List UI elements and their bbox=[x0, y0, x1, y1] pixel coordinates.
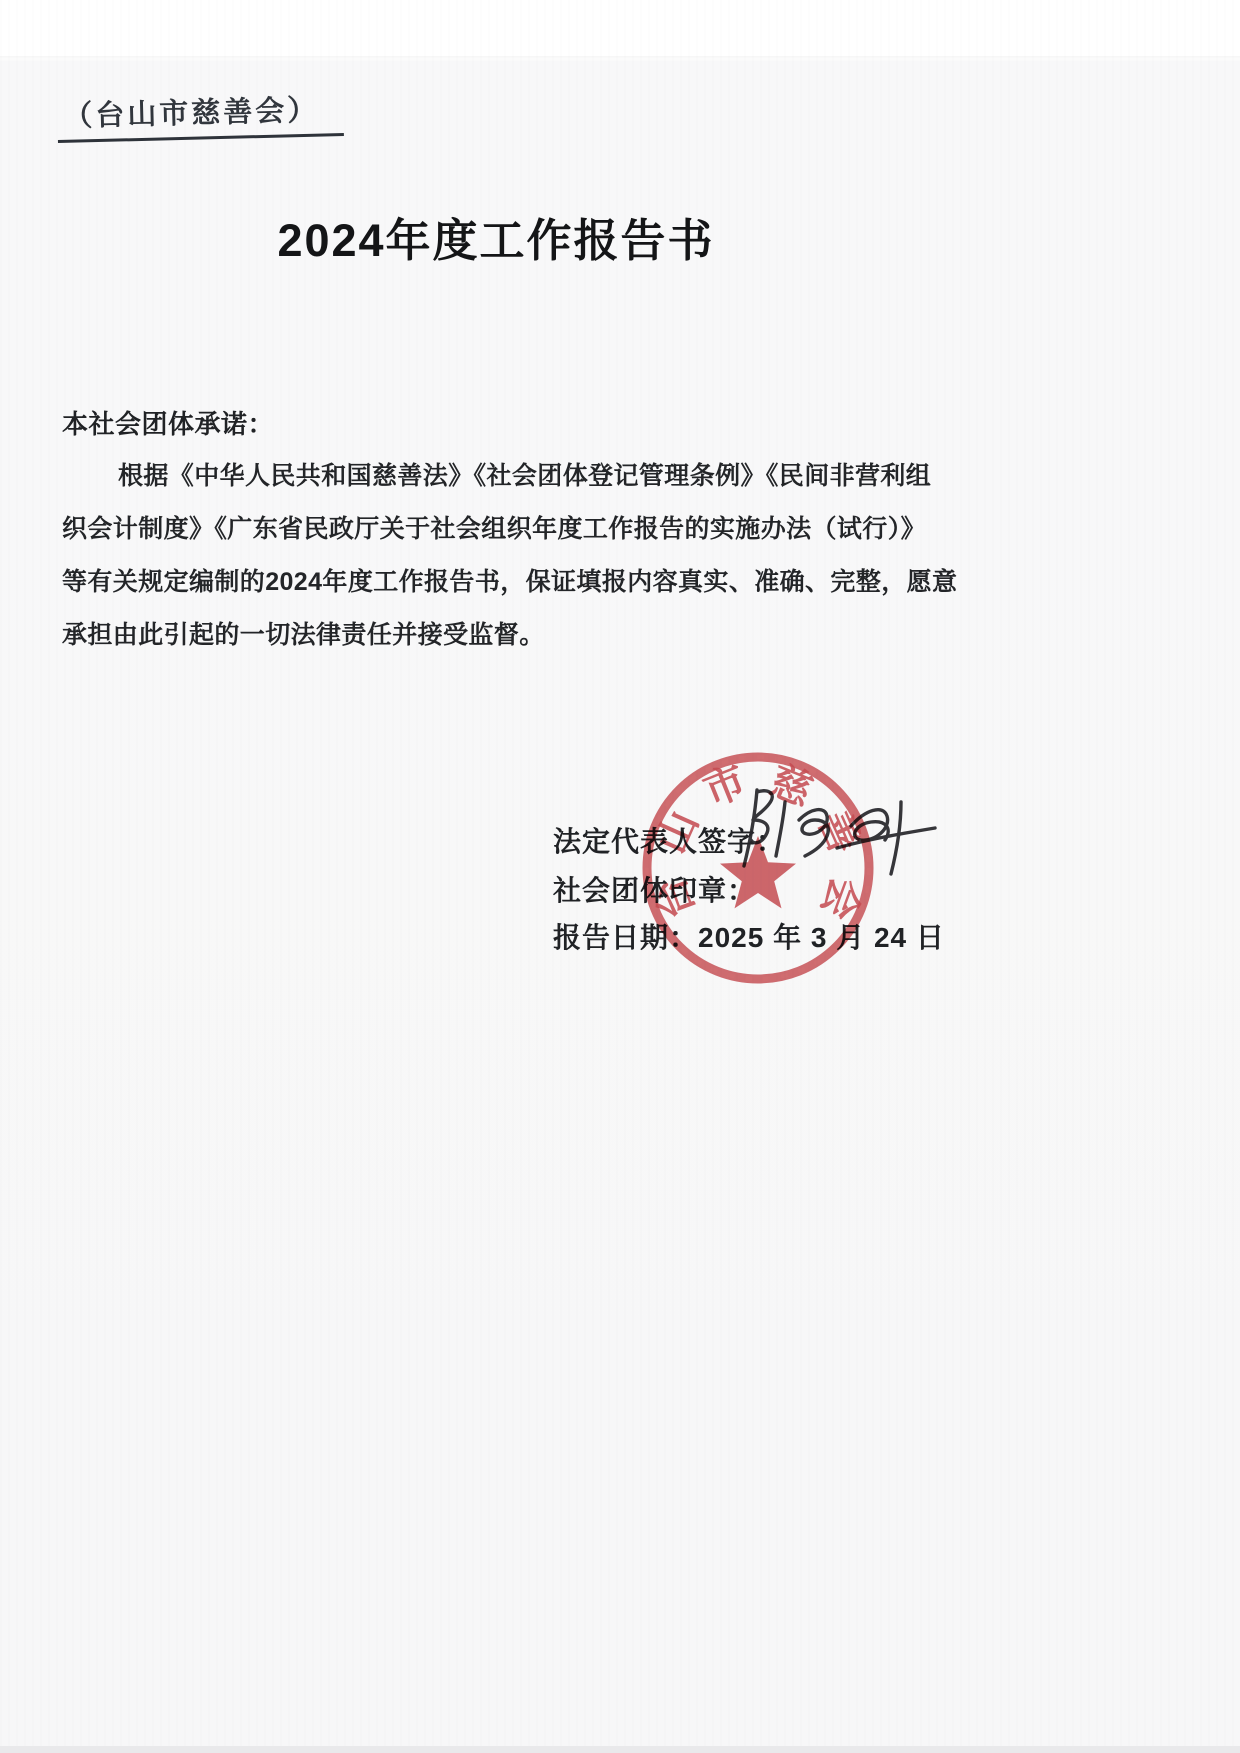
org-name-header: （台山市慈善会） bbox=[57, 87, 344, 143]
seal-char-shan: 山 bbox=[647, 804, 708, 861]
pledge-line-1: 根据《中华人民共和国慈善法》《社会团体登记管理条例》《民间非营利组 bbox=[62, 456, 942, 492]
seal-char-shi: 市 bbox=[697, 756, 753, 816]
seal-char-shan2: 善 bbox=[809, 804, 870, 861]
pledge-line-4: 承担由此引起的一切法律责任并接受监督。 bbox=[62, 615, 942, 651]
seal-char-ci: 慈 bbox=[763, 756, 819, 816]
seal-star-icon bbox=[720, 836, 796, 908]
scanned-report-page: （台山市慈善会） 2024年度工作报告书 本社会团体承诺： 根据《中华人民共和国… bbox=[0, 0, 1240, 1753]
scan-edge-top bbox=[0, 56, 1240, 59]
pledge-heading: 本社会团体承诺： bbox=[62, 404, 274, 441]
pledge-line-2: 织会计制度》《广东省民政厅关于社会组织年度工作报告的实施办法（试行）》 bbox=[62, 509, 942, 545]
scan-edge-bottom bbox=[0, 1746, 1240, 1753]
page-title: 2024年度工作报告书 bbox=[62, 204, 930, 269]
pledge-line-3: 等有关规定编制的2024年度工作报告书，保证填报内容真实、准确、完整，愿意 bbox=[62, 562, 942, 598]
org-red-seal: 台 山 市 慈 善 会 bbox=[628, 738, 888, 998]
